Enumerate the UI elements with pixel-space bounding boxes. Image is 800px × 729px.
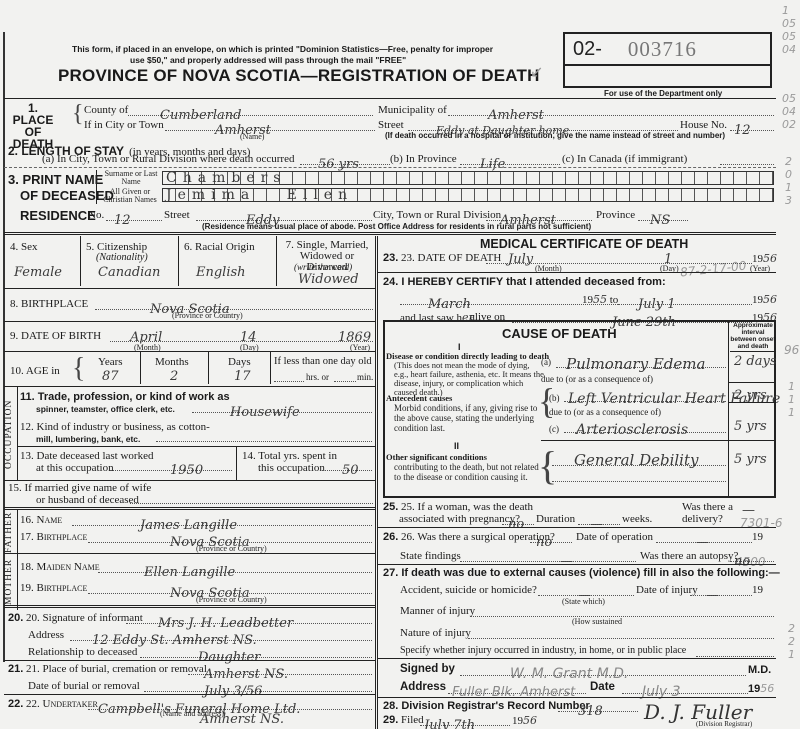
relationship-label: Relationship to deceased xyxy=(28,646,137,658)
margin-notes-name: 2013 xyxy=(785,155,792,207)
burial-date-label: Date of burial or removal xyxy=(28,680,140,692)
how-sustained-caption: (How sustained xyxy=(572,617,622,626)
city-label: If in City or Town xyxy=(84,119,164,131)
cause-c-interval[interactable]: 5 yrs xyxy=(734,419,767,434)
delivery-field[interactable]: — xyxy=(742,503,755,518)
municipality-label: Municipality of xyxy=(378,104,447,116)
cause-b-interval[interactable]: 2 yrs xyxy=(734,388,767,403)
department-box: 02- 003716 xyxy=(563,32,772,88)
mother-name-field[interactable]: Ellen Langille xyxy=(98,561,372,573)
age-minutes-label: min. xyxy=(357,372,373,382)
postal-notice-line2: use $50," and properly addressed will pa… xyxy=(130,55,406,65)
divider xyxy=(140,352,141,384)
divider xyxy=(378,658,776,659)
date-of-birth-field[interactable]: April 14 1869 xyxy=(110,330,373,342)
signature-date-field[interactable]: July 3 xyxy=(622,681,748,694)
divider xyxy=(4,694,375,695)
cause-b-marker: (b) xyxy=(549,393,560,403)
divider xyxy=(4,660,375,661)
margin-notes-bottom: 221 xyxy=(788,622,795,661)
divider xyxy=(236,446,237,480)
divider xyxy=(4,351,375,352)
sex-value[interactable]: Female xyxy=(14,265,62,280)
nature-field[interactable] xyxy=(468,627,774,639)
duration-label: Duration xyxy=(536,513,575,525)
racial-origin-value[interactable]: English xyxy=(196,265,246,280)
age-hours-field[interactable] xyxy=(274,372,304,382)
external-causes-label: 27. If death was due to external causes … xyxy=(383,567,780,579)
surgery-field[interactable]: no xyxy=(530,531,572,543)
divider xyxy=(378,527,776,528)
other-conditions-label: Other significant conditions contributin… xyxy=(386,452,546,482)
attended-from-year: 1955 to xyxy=(582,293,618,306)
divider xyxy=(728,402,776,403)
form-title: PROVINCE OF NOVA SCOTIA—REGISTRATION OF … xyxy=(58,66,540,86)
margin-notes-cause: 111 xyxy=(788,380,795,419)
mother-birthplace-label: 19. Birthplace xyxy=(20,582,87,594)
trade-field[interactable]: Housewife xyxy=(192,401,372,413)
age-label: 10. AGE in xyxy=(10,365,60,377)
divider xyxy=(4,288,375,289)
registration-number: 003716 xyxy=(628,37,697,62)
industry-field[interactable] xyxy=(156,432,372,442)
stay-canada-label: (c) In Canada (if immigrant) xyxy=(562,153,687,165)
other-conditions-field[interactable]: General Debility xyxy=(552,450,726,466)
divider xyxy=(208,352,209,384)
divider xyxy=(4,507,375,510)
signature-date-label: Date xyxy=(590,681,615,693)
divider xyxy=(270,352,271,384)
residence-city-label: City, Town or Rural Division xyxy=(373,209,501,221)
mother-name-label: 18. Maiden Name xyxy=(20,561,100,573)
stay-province-field[interactable]: Life xyxy=(460,153,560,165)
attended-to-field[interactable]: July 1 xyxy=(618,293,752,305)
informant-address-label: Address xyxy=(28,629,64,641)
findings-field[interactable]: — xyxy=(460,550,636,562)
divider xyxy=(80,236,81,286)
marital-status-hint: (write the word) xyxy=(294,262,352,272)
date-of-birth-label: 9. DATE OF BIRTH xyxy=(10,330,101,342)
stay-city-field[interactable]: 56 yrs xyxy=(300,153,390,165)
divider xyxy=(96,170,97,204)
divider xyxy=(541,440,776,441)
postal-notice-line1: This form, if placed in an envelope, on … xyxy=(72,44,493,54)
street-field[interactable]: Eddy at Daughter home xyxy=(408,119,678,131)
father-birthplace-field[interactable]: Nova Scotia xyxy=(88,531,372,543)
house-no-field[interactable]: 12 xyxy=(730,119,774,131)
autopsy-label: Was there an autopsy? xyxy=(640,550,738,562)
accident-label: Accident, suicide or homicide? xyxy=(400,584,537,596)
operation-date-label: Date of operation xyxy=(576,531,653,543)
age-minutes-field[interactable] xyxy=(334,372,356,382)
age-hours-label: hrs. or xyxy=(306,372,329,382)
birthplace-field[interactable]: Nova Scotia xyxy=(95,298,373,310)
date-of-death-field[interactable]: July 1 xyxy=(486,252,752,264)
residence-no-label: No. xyxy=(88,209,104,221)
citizenship-hint: (Nationality) xyxy=(96,252,148,263)
undertaker-label: 22. 22. Undertaker xyxy=(8,698,98,710)
residence-province-label: Province xyxy=(596,209,635,221)
age-months-value[interactable]: 2 xyxy=(170,369,178,384)
filed-field[interactable]: July 7th xyxy=(420,714,510,726)
residence-note: (Residence means usual place of abode. P… xyxy=(202,222,591,231)
residence-city-field[interactable]: Amherst xyxy=(486,209,592,221)
mother-side-label: MOTHER xyxy=(4,555,18,609)
operation-year: 19 xyxy=(752,531,763,543)
record-number-field[interactable]: 318 xyxy=(558,700,638,712)
divider xyxy=(4,167,776,168)
manner-label: Manner of injury xyxy=(400,605,475,617)
direct-cause-label: Disease or condition directly leading to… xyxy=(386,352,546,397)
divider xyxy=(4,232,776,235)
delivery-label: Was there a delivery? xyxy=(682,501,744,525)
citizenship-value[interactable]: Canadian xyxy=(98,265,160,280)
brace-icon: { xyxy=(72,353,85,385)
checkmark-arrow-icon: ↙ xyxy=(530,62,543,81)
undertaker-address: Amherst NS. xyxy=(200,712,284,727)
father-birthplace-label: 17. Birthplace xyxy=(20,531,87,543)
divider xyxy=(4,553,375,554)
cause-c-field[interactable]: Arteriosclerosis xyxy=(564,419,726,433)
informant-signature-field[interactable]: Mrs J. H. Leadbetter xyxy=(126,612,372,624)
surname-label: Surname or Last Name xyxy=(102,170,160,186)
interval-header: Approximate interval between onset and d… xyxy=(730,322,776,352)
column-divider xyxy=(375,236,378,729)
cause-a-marker: (a) xyxy=(541,357,551,367)
age-years-value[interactable]: 87 xyxy=(102,369,119,384)
filed-label: 29. Filed xyxy=(383,714,424,726)
racial-origin-label: 6. Racial Origin xyxy=(184,241,255,253)
injury-date-field[interactable]: — xyxy=(690,584,752,596)
autopsy-field[interactable]: no xyxy=(730,550,774,562)
cause-a-interval[interactable]: 2 days xyxy=(734,354,777,369)
divider xyxy=(4,98,776,99)
operation-date-field[interactable]: — xyxy=(656,531,752,543)
pregnancy-field[interactable]: no xyxy=(502,513,534,525)
other-conditions-interval[interactable]: 5 yrs xyxy=(734,452,767,467)
margin-notes-top: 1050504 xyxy=(782,4,796,56)
informant-address-field[interactable]: 12 Eddy St. Amherst NS. xyxy=(70,629,372,641)
spouse-field[interactable] xyxy=(130,494,373,504)
given-names-label: All Given or Christian Names xyxy=(98,188,162,204)
birthplace-caption: (Province or Country) xyxy=(172,311,243,320)
divider xyxy=(4,480,375,481)
due-to-label-a: due to (or as a consequence of) xyxy=(541,374,653,384)
last-worked-field[interactable]: 1950 xyxy=(110,459,232,471)
divider xyxy=(4,386,375,387)
injury-date-label: Date of injury xyxy=(636,584,698,596)
cause-b-field[interactable]: Left Ventricular Heart Failure xyxy=(564,388,726,402)
antecedent-label: Antecedent causes Morbid conditions, if … xyxy=(386,393,546,433)
department-only-label: For use of the Department only xyxy=(604,89,722,98)
age-days-value[interactable]: 17 xyxy=(234,369,251,384)
divider xyxy=(378,564,776,565)
stay-city-label: (a) In City, Town or Rural Division wher… xyxy=(42,153,294,165)
burial-place-label: 21. 21. Place of burial, cremation or re… xyxy=(8,663,207,675)
filed-year: 1956 xyxy=(512,714,537,727)
divider xyxy=(17,446,375,447)
cause-c-marker: (c) xyxy=(549,424,559,434)
margin-notes-place: 050402 xyxy=(782,92,796,131)
municipality-field[interactable]: Amherst xyxy=(448,104,774,116)
city-field[interactable]: Amherst xyxy=(165,119,375,131)
signature-year: 1956 xyxy=(748,682,774,695)
cause-of-death-title: CAUSE OF DEATH xyxy=(502,326,617,341)
nature-label: Nature of injury xyxy=(400,627,471,639)
county-label: County of xyxy=(84,104,128,116)
birthplace-label: 8. BIRTHPLACE xyxy=(10,298,88,310)
divider xyxy=(728,382,776,383)
age-months-label: Months xyxy=(155,356,189,368)
house-no-label: House No. xyxy=(680,119,727,131)
age-days-label: Days xyxy=(228,356,251,368)
burial-date-field[interactable]: July 3/56 xyxy=(144,680,372,692)
weeks-label: weeks. xyxy=(622,513,652,525)
accident-field[interactable]: — xyxy=(538,584,634,596)
injury-year: 19 xyxy=(752,584,763,596)
medical-certificate-title: MEDICAL CERTIFICATE OF DEATH xyxy=(480,237,688,251)
md-label: M.D. xyxy=(748,664,771,676)
duration-field[interactable]: — xyxy=(578,513,620,525)
findings-label: State findings xyxy=(400,550,461,562)
divider xyxy=(378,697,776,698)
divider xyxy=(728,321,729,497)
father-name-label: 16. Name xyxy=(20,514,62,526)
divider xyxy=(4,605,375,608)
father-name-field[interactable]: James Langille xyxy=(72,514,372,526)
relationship-field[interactable]: Daughter xyxy=(140,646,372,658)
sex-label: 4. Sex xyxy=(10,241,38,253)
undertaker-field[interactable]: Campbell's Funeral Home Ltd. xyxy=(88,698,372,710)
divider xyxy=(4,321,375,322)
street-label: Street xyxy=(378,119,404,131)
divider xyxy=(178,236,179,286)
burial-place-field[interactable]: Amherst NS. xyxy=(188,663,372,675)
doctor-address-label: Address xyxy=(400,681,446,693)
date-of-death-label: 23. 23. DATE OF DEATH xyxy=(383,252,501,264)
other-conditions-field-2[interactable] xyxy=(552,476,726,482)
injury-place-field[interactable] xyxy=(696,645,774,657)
manner-field[interactable] xyxy=(470,605,774,617)
residence-street-field[interactable]: Eddy xyxy=(196,209,372,221)
age-years-label: Years xyxy=(98,356,123,368)
brace-icon: { xyxy=(72,101,84,128)
marital-status-value[interactable]: Widowed xyxy=(298,272,359,287)
due-to-label-b: due to (or as a consequence of) xyxy=(549,407,661,417)
residence-province-field[interactable]: NS xyxy=(638,209,688,221)
registration-prefix: 02- xyxy=(573,38,602,61)
part-two-label: II xyxy=(454,441,459,451)
margin-note-cause-code: 96.3 xyxy=(784,343,800,357)
signed-by-label: Signed by xyxy=(400,663,455,675)
informant-signature-label: 20. 20. Signature of informant xyxy=(8,612,143,624)
registrar-caption: (Division Registrar) xyxy=(696,720,752,728)
divider xyxy=(17,386,18,480)
age-less-than-day-label: If less than one day old xyxy=(274,356,372,367)
surname-value: Chambers xyxy=(166,170,286,186)
total-years-field[interactable]: 50 xyxy=(322,459,372,471)
mother-birthplace-field[interactable]: Nova Scotia xyxy=(88,582,372,594)
residence-street-label: Street xyxy=(164,209,190,221)
certify-label: 24. I HEREBY CERTIFY that I attended dec… xyxy=(383,276,666,288)
specify-injury-place-label: Specify whether injury occurred in indus… xyxy=(400,645,686,656)
stay-province-label: (b) In Province xyxy=(390,153,457,165)
mother-birthplace-caption: (Province or Country) xyxy=(196,595,267,604)
residence-label: RESIDENCE xyxy=(20,208,96,223)
signed-by-field[interactable]: W. M. Grant M.D. xyxy=(460,663,746,676)
father-side-label: FATHER xyxy=(4,511,18,553)
given-names-value: Jemima Ellen xyxy=(166,187,353,203)
residence-no-field[interactable]: 12 xyxy=(106,209,162,221)
county-field[interactable]: Cumberland xyxy=(128,104,373,116)
father-birthplace-caption: (Province or Country) xyxy=(196,544,267,553)
divider xyxy=(276,236,277,286)
divider xyxy=(378,272,776,273)
doctor-address-field[interactable]: Fuller Blk. Amherst xyxy=(448,681,586,694)
occupation-side-label: OCCUPATION xyxy=(4,388,18,480)
attended-to-year: 1956 xyxy=(752,293,777,306)
hospital-note: (If death occurred in a hospital or inst… xyxy=(385,131,725,140)
cause-a-field[interactable]: Pulmonary Edema xyxy=(556,354,726,368)
stay-canada-field[interactable] xyxy=(720,153,774,165)
